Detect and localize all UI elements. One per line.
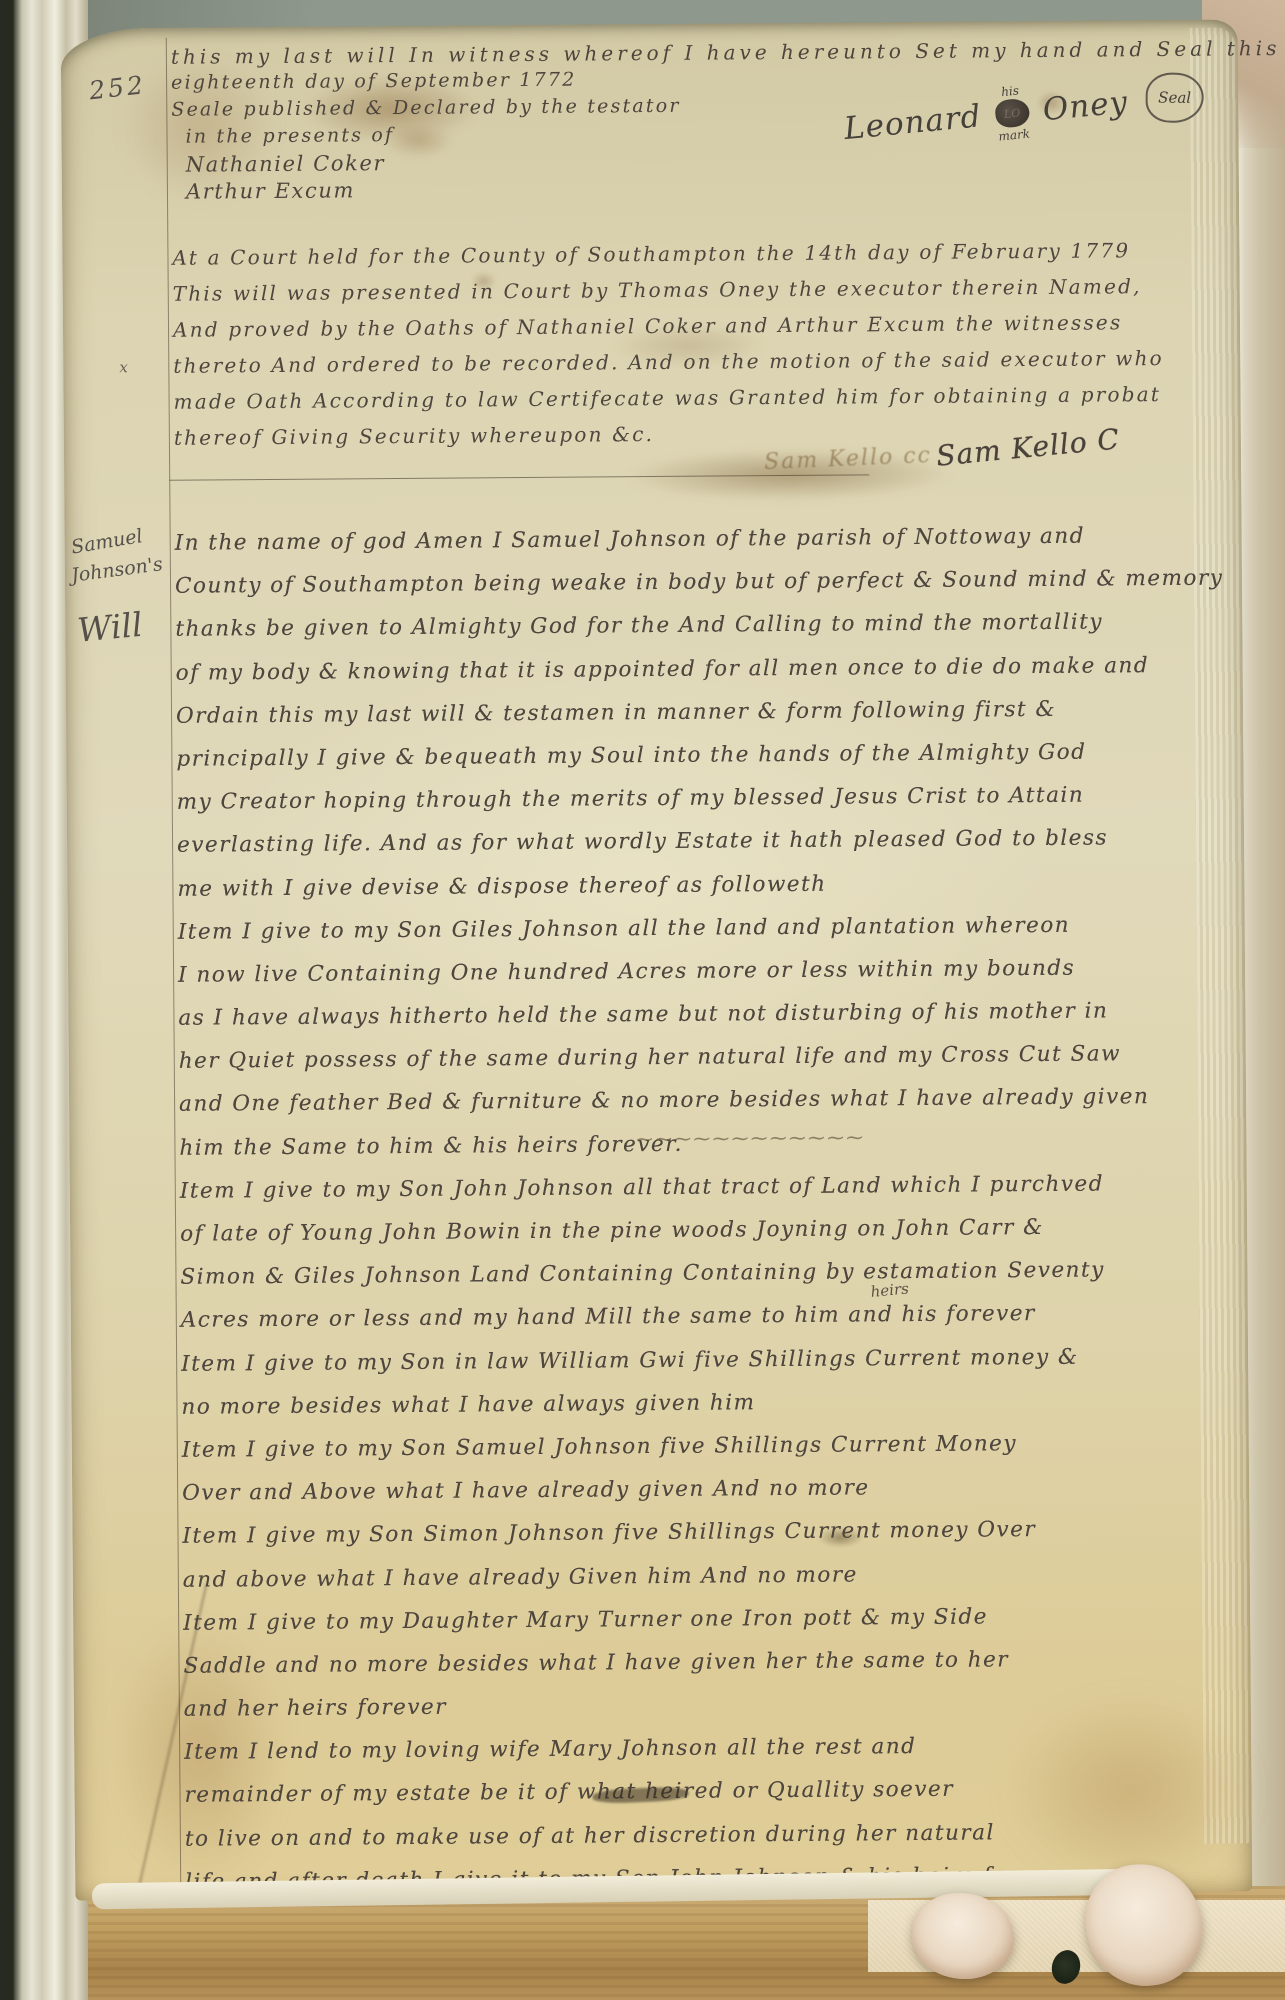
margin-x-mark: x xyxy=(119,358,128,376)
finger xyxy=(912,1893,1014,1979)
mark-monogram: his LO mark xyxy=(992,83,1031,144)
manuscript-page: 252 x this my last will In witness where… xyxy=(61,19,1253,1900)
mark-label: mark xyxy=(998,127,1031,144)
line-flourish: ~~~~~~~~~~~~ xyxy=(634,1126,863,1150)
signature-given-name: Leonard xyxy=(842,98,983,147)
will-body: In the name of god Amen I Samuel Johnson… xyxy=(175,523,1231,1921)
manuscript-photo: 252 x this my last will In witness where… xyxy=(0,0,1285,2000)
insertion-heirs: heirs xyxy=(870,1279,910,1301)
margin-note: Samuel Johnson's Will xyxy=(71,528,176,646)
will-title: Will xyxy=(76,602,177,650)
signature-surname: Oney xyxy=(1041,84,1129,128)
seal-cartouche: Seal xyxy=(1145,72,1203,123)
his-label: his xyxy=(1001,83,1020,99)
margin-note-line: Johnson's xyxy=(70,552,176,587)
mark-monogram-blot: LO xyxy=(994,98,1031,129)
